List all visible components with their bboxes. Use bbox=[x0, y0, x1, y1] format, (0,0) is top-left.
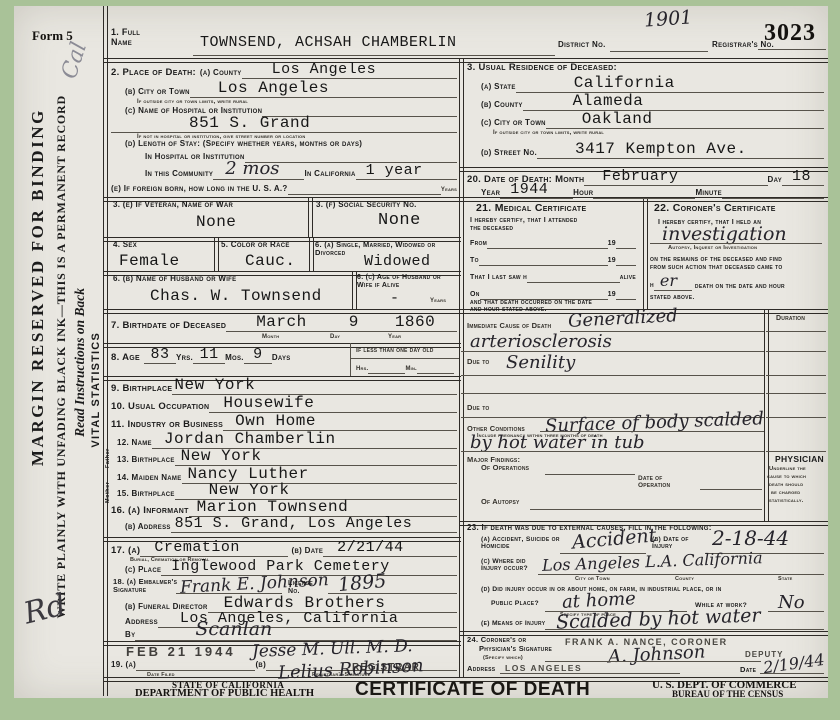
certificate-page: Form 5 Cal MARGIN RESERVED FOR BINDING W… bbox=[0, 0, 840, 720]
disposition-date-label: (b) Date bbox=[292, 547, 324, 557]
father-birthplace-row: 13. Birthplace New York bbox=[117, 450, 457, 466]
medical-on-year: 19 bbox=[608, 291, 616, 300]
sex-value: Female bbox=[119, 252, 180, 270]
medical-to-label: To bbox=[470, 257, 479, 266]
sig24-label-2: Physician's Signature bbox=[479, 645, 552, 653]
where-label-2: Injury occur? bbox=[481, 565, 528, 572]
birthplace-label: 9. Birthplace bbox=[111, 384, 172, 395]
embalmer-label: 18. (a) Embalmer's Signature bbox=[113, 578, 179, 595]
city-value: Los Angeles bbox=[218, 79, 329, 97]
autopsy-label: Of Autopsy bbox=[481, 498, 520, 506]
mother-birthplace-label: 15. Birthplace bbox=[117, 490, 175, 500]
stay-community-label: In this Community bbox=[145, 170, 213, 180]
physician-title: PHYSICIAN bbox=[775, 455, 824, 464]
veteran-ssn-divider bbox=[308, 197, 313, 238]
medical-closing-2: and hour stated above. bbox=[470, 306, 547, 313]
residence-state-value: California bbox=[574, 74, 675, 92]
other-conditions-underline-2 bbox=[461, 451, 764, 452]
footer-federal-line2: BUREAU OF THE CENSUS bbox=[672, 689, 783, 699]
age-months-unit: Mos. bbox=[225, 354, 244, 364]
sig24-date-label: Date bbox=[740, 666, 756, 674]
age-box-title: If less than one day old bbox=[356, 347, 434, 354]
death-hour-label: Hour bbox=[573, 189, 593, 199]
occupation-row: 10. Usual Occupation Housewife bbox=[111, 396, 457, 413]
duration-line-3 bbox=[766, 375, 826, 376]
mother-name-label: 14. Maiden Name bbox=[117, 474, 182, 484]
coroner-pronoun-value: er bbox=[660, 271, 677, 290]
birthdate-year-value: 1860 bbox=[395, 313, 435, 331]
father-birthplace-value: New York bbox=[181, 447, 262, 465]
full-name-value: TOWNSEND, ACHSAH CHAMBERLIN bbox=[200, 34, 457, 51]
spouse-age-unit: Years bbox=[430, 298, 446, 305]
residence-state-label: (a) State bbox=[481, 83, 516, 93]
injury-date-value: 2-18-44 bbox=[712, 526, 789, 550]
coroner-underline bbox=[650, 243, 822, 244]
birthdate-label: 7. Birthdate of Deceased bbox=[111, 321, 226, 332]
age-years-value: 83 bbox=[144, 346, 176, 364]
date-filed-label: 19. (a) bbox=[111, 661, 136, 671]
medical-certify-1: I hereby certify, that I attended bbox=[470, 217, 578, 225]
date-filed-sub: Date Filed bbox=[147, 672, 175, 678]
residence-county-value: Alameda bbox=[573, 92, 644, 110]
by-signature: Scanlan bbox=[195, 618, 272, 640]
coroner-sub: Autopsy, Inquest or Investigation bbox=[668, 245, 757, 251]
place-of-death-county-row: 2. Place of Death: (a) County Los Angele… bbox=[111, 62, 457, 79]
immediate-cause-value-2: arteriosclerosis bbox=[470, 331, 612, 352]
birthdate-row: 7. Birthdate of Deceased March 9 1860 bbox=[111, 314, 457, 332]
informant-value: Marion Townsend bbox=[197, 498, 349, 516]
certificate-of-death-title: CERTIFICATE OF DEATH bbox=[355, 679, 590, 701]
registrar-no-value: 3023 bbox=[764, 20, 816, 47]
due-to-1-value: Senility bbox=[506, 352, 575, 373]
sig24-label-3: (Specify which) bbox=[483, 655, 523, 661]
residence-county-row: (b) County Alameda bbox=[481, 94, 824, 111]
race-value: Cauc. bbox=[245, 252, 296, 270]
birthdate-day-sub: Day bbox=[330, 334, 340, 341]
immediate-cause-label: Immediate Cause of Death bbox=[467, 322, 551, 330]
father-birthplace-label: 13. Birthplace bbox=[117, 456, 175, 466]
coroner-body-1: on the remains of the deceased and find bbox=[650, 256, 782, 263]
where-label-1: (c) Where did bbox=[481, 558, 526, 565]
coroner-investigation-value: investigation bbox=[662, 223, 787, 245]
occupation-label: 10. Usual Occupation bbox=[111, 402, 209, 413]
marital-value: Widowed bbox=[364, 253, 431, 270]
registrar-sig-label: (b) bbox=[255, 661, 266, 671]
physician-note-3: death should bbox=[769, 482, 803, 488]
spouse-label: 6. (b) Name of Husband or Wife bbox=[113, 275, 236, 284]
full-name-label: 1. Full Name bbox=[111, 28, 161, 48]
age-days-unit: Days bbox=[272, 354, 291, 364]
place-label-2: Public Place? bbox=[491, 600, 539, 607]
disposition-label: 17. (a) bbox=[111, 546, 140, 557]
by-label: By bbox=[125, 631, 135, 641]
medical-from-label: From bbox=[470, 240, 487, 249]
residence-city-label: (c) City or Town bbox=[481, 119, 546, 129]
county-value: Los Angeles bbox=[272, 61, 377, 78]
duration-line-5 bbox=[766, 417, 826, 418]
due-to-2-label: Due to bbox=[467, 404, 490, 412]
race-marital-divider bbox=[309, 237, 314, 272]
physician-note-5: statistically. bbox=[769, 498, 804, 504]
sig24-address-value: LOS ANGELES bbox=[505, 663, 582, 673]
registrar-no-underline bbox=[758, 49, 826, 50]
where-city-sub: City or Town bbox=[575, 576, 610, 582]
birthdate-month-value: March bbox=[256, 313, 307, 331]
birthplace-row: 9. Birthplace New York bbox=[111, 378, 457, 395]
spouse-age-value: - bbox=[390, 290, 400, 307]
father-name-label: 12. Name bbox=[117, 439, 152, 449]
birthdate-year-sub: Year bbox=[388, 334, 401, 341]
mother-birthplace-value: New York bbox=[209, 481, 290, 499]
full-name-underline bbox=[193, 55, 555, 56]
medical-from-year: 19 bbox=[608, 240, 616, 249]
foreign-born-row: (e) If foreign born, how long in the U. … bbox=[111, 181, 457, 195]
disposition-place-label: (c) Place bbox=[125, 566, 161, 576]
operation-date-label: Date of Operation bbox=[638, 475, 688, 489]
death-year-value: 1944 bbox=[510, 181, 548, 198]
hospital-value: 851 S. Grand bbox=[189, 114, 310, 132]
duration-column-border bbox=[764, 309, 769, 521]
ssn-label: 3. (f) Social Security No. bbox=[316, 201, 417, 210]
medical-saw-label: That I last saw h bbox=[470, 274, 527, 283]
coroner-body-3: death on the date and hour bbox=[695, 283, 785, 291]
place-of-death-title: 2. Place of Death: bbox=[111, 68, 196, 79]
father-name-value: Jordan Chamberlin bbox=[164, 430, 336, 448]
duration-line-4 bbox=[766, 393, 826, 394]
accident-label: (a) Accident, Suicide or Homicide bbox=[481, 536, 581, 551]
sig24-address-underline bbox=[500, 673, 680, 674]
disposition-value: Cremation bbox=[154, 539, 240, 556]
father-group-label: Father bbox=[105, 448, 111, 468]
birthdate-day-value: 9 bbox=[349, 313, 359, 331]
residence-city-row: (c) City or Town Oakland bbox=[481, 112, 824, 129]
margin-write-plainly-text: WRITE PLAINLY WITH UNFADING BLACK INK—TH… bbox=[54, 95, 69, 618]
due-to-1-underline bbox=[461, 375, 764, 376]
where-state-sub: State bbox=[778, 576, 793, 582]
physician-note-2: cause to which bbox=[767, 474, 806, 480]
medical-to-row: To 19 bbox=[470, 253, 636, 266]
where-label: (c) Where didInjury occur? bbox=[481, 558, 539, 573]
medical-coroner-divider bbox=[643, 197, 648, 310]
death-year-label: Year bbox=[481, 189, 500, 199]
sig24-date-underline bbox=[760, 673, 824, 674]
informant-address-label: (b) Address bbox=[125, 523, 171, 533]
coroner-body-4: stated above. bbox=[650, 294, 695, 301]
death-month-value: February bbox=[602, 168, 678, 185]
sig24-label-1: 24. Coroner's or bbox=[467, 636, 526, 644]
residence-street-label: (d) Street No. bbox=[481, 149, 537, 159]
age-minutes-unit: Min. bbox=[405, 366, 416, 374]
death-minute-label: Minute bbox=[695, 189, 721, 199]
injury-date-label: (b) Date of Injury bbox=[652, 536, 700, 551]
form-left-border bbox=[103, 6, 108, 696]
margin-vital-statistics-text: VITAL STATISTICS bbox=[90, 332, 102, 448]
means-label: (e) Means of Injury bbox=[481, 620, 545, 627]
age-box-divider bbox=[350, 343, 351, 377]
hospital-value-row: 851 S. Grand bbox=[111, 116, 457, 133]
sig24-address-label: Address bbox=[467, 665, 495, 673]
date-filed-stamp: FEB 21 1944 bbox=[126, 644, 236, 659]
column-divider bbox=[459, 58, 464, 678]
residence-city-note: If outside city or town limits, write ru… bbox=[493, 130, 604, 137]
margin-binding-text: MARGIN RESERVED FOR BINDING bbox=[28, 108, 48, 466]
birthplace-value: New York bbox=[174, 376, 255, 394]
residence-city-value: Oakland bbox=[582, 110, 653, 128]
other-conditions-value-2: by hot water in tub bbox=[470, 432, 645, 453]
work-value: No bbox=[778, 592, 805, 613]
age-box-line bbox=[350, 358, 459, 359]
stay-community-value: 2 mos bbox=[225, 158, 279, 179]
stay-community-row: In this Community 2 mos In California 1 … bbox=[145, 161, 457, 180]
sex-race-divider bbox=[214, 237, 219, 272]
medical-to-year: 19 bbox=[608, 257, 616, 266]
race-label: 5. Color or Race bbox=[221, 241, 290, 250]
stay-california-label: In California bbox=[304, 170, 355, 180]
medical-from-row: From 19 bbox=[470, 236, 636, 249]
sex-label: 4. Sex bbox=[113, 241, 137, 250]
residence-state-row: (a) State California bbox=[481, 76, 824, 93]
margin-read-instructions-text: Read Instructions on Back bbox=[72, 288, 88, 437]
age-label: 8. Age bbox=[111, 353, 140, 364]
age-days-value: 9 bbox=[244, 346, 272, 364]
blank-line-1 bbox=[461, 393, 764, 394]
operations-label: Of Operations bbox=[481, 464, 529, 472]
age-hours-unit: Hrs. bbox=[356, 366, 368, 374]
disposition-date-value: 2/21/44 bbox=[337, 539, 404, 556]
spouse-value: Chas. W. Townsend bbox=[150, 287, 322, 305]
coroner-title: 22. Coroner's Certificate bbox=[654, 203, 776, 215]
industry-value: Own Home bbox=[235, 412, 316, 430]
residence-county-label: (b) County bbox=[481, 101, 523, 111]
duration-line-2 bbox=[766, 351, 826, 352]
veteran-value: None bbox=[196, 213, 236, 231]
age-row: 8. Age 83 Yrs. 11 Mos. 9 Days bbox=[111, 347, 347, 364]
ssn-value: None bbox=[378, 211, 421, 230]
medical-title: 21. Medical Certificate bbox=[476, 203, 586, 215]
where-underline bbox=[538, 574, 824, 575]
stay-california-value: 1 year bbox=[366, 162, 423, 179]
occupation-value: Housewife bbox=[223, 394, 314, 412]
medical-saw-row: That I last saw h alive bbox=[470, 270, 636, 283]
medical-certify-2: the deceased bbox=[470, 225, 513, 233]
operation-date-underline bbox=[700, 489, 762, 490]
district-no-underline bbox=[610, 51, 708, 52]
sig24-underline bbox=[545, 661, 761, 662]
duration-label: Duration bbox=[776, 315, 805, 323]
physician-note-1: Underline the bbox=[769, 466, 806, 472]
physician-note-4: be charged bbox=[771, 490, 800, 496]
date-of-death-row2: Year 1944 Hour Minute bbox=[481, 185, 824, 199]
where-county-sub: County bbox=[675, 576, 694, 582]
informant-address-row: (b) Address 851 S. Grand, Los Angeles bbox=[125, 517, 457, 533]
industry-row: 11. Industry or Business Own Home bbox=[111, 414, 457, 431]
foreign-born-label: (e) If foreign born, how long in the U. … bbox=[111, 185, 288, 195]
footer-state-line2: DEPARTMENT OF PUBLIC HEALTH bbox=[135, 688, 314, 699]
spouse-age-label: 6. (c) Age of Husband or Wife if Alive bbox=[357, 274, 457, 289]
operations-underline bbox=[545, 474, 635, 475]
district-no-label: District No. bbox=[558, 41, 606, 50]
autopsy-underline bbox=[530, 509, 762, 510]
death-day-value: 18 bbox=[792, 168, 811, 185]
age-months-value: 11 bbox=[193, 346, 225, 364]
duration-line-1 bbox=[766, 331, 826, 332]
duration-line-6 bbox=[766, 451, 826, 452]
medical-alive-label: alive bbox=[620, 274, 636, 283]
work-underline bbox=[768, 611, 824, 612]
veteran-label: 3. (e) If Veteran, Name of War bbox=[113, 201, 233, 210]
residence-street-value: 3417 Kempton Ave. bbox=[575, 140, 747, 158]
city-label: (b) City or Town bbox=[125, 88, 190, 98]
age-hrs-min-row: Hrs. Min. bbox=[356, 362, 454, 374]
disposition-row: 17. (a) Cremation (b) Date 2/21/44 bbox=[111, 540, 457, 557]
informant-address-value: 851 S. Grand, Los Angeles bbox=[175, 515, 413, 532]
county-label: (a) County bbox=[200, 69, 242, 79]
age-years-unit: Yrs. bbox=[176, 354, 193, 364]
means-underline bbox=[545, 629, 824, 630]
birthdate-month-sub: Month bbox=[262, 334, 279, 341]
due-to-1-label: Due to bbox=[467, 358, 490, 366]
city-row: (b) City or Town Los Angeles bbox=[125, 80, 457, 98]
residence-street-row: (d) Street No. 3417 Kempton Ave. bbox=[481, 140, 824, 159]
residence-title: 3. Usual Residence of Deceased: bbox=[467, 63, 617, 73]
coroner-pronoun-row: h er death on the date and hour bbox=[650, 276, 822, 291]
foreign-born-unit: Years bbox=[441, 187, 457, 195]
district-no-value: 1901 bbox=[643, 6, 693, 31]
